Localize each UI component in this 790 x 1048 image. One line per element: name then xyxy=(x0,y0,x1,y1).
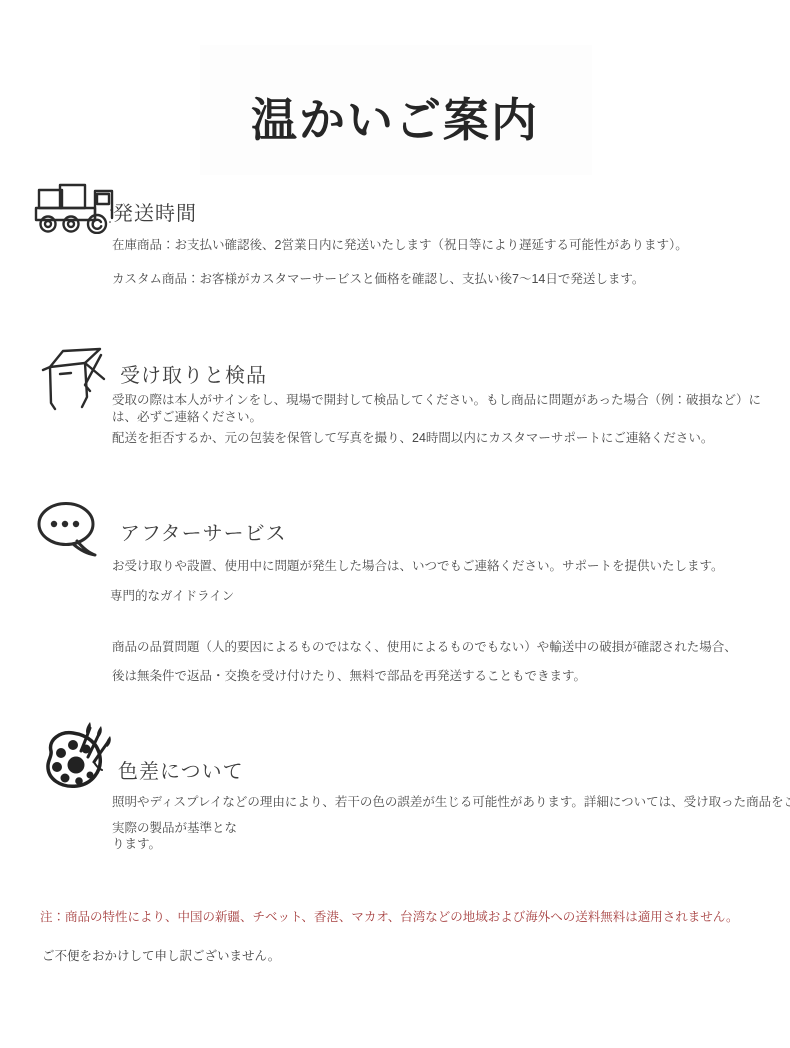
chat-bubble-icon xyxy=(36,499,102,562)
truck-icon xyxy=(33,182,115,239)
page-title: 温かいご案内 xyxy=(0,84,790,150)
paragraph-support: お受け取りや設置、使用中に問題が発生した場合は、いつでもご連絡ください。サポート… xyxy=(112,558,772,575)
paragraph-refuse-delivery: 配送を拒否するか、元の包装を保管して写真を撮り、24時間以内にカスタマーサポート… xyxy=(112,430,778,447)
palette-icon xyxy=(36,718,114,803)
paragraph-actual-product: 実際の製品が基準となります。 xyxy=(112,820,246,852)
section-heading-receipt: 受け取りと検品 xyxy=(120,359,267,388)
paragraph-quality-issue: 商品の品質問題（人的要因によるものではなく、使用によるものでもない）や輸送中の破… xyxy=(112,639,782,656)
section-heading-color: 色差について xyxy=(118,755,244,784)
paragraph-guideline: 専門的なガイドライン xyxy=(110,588,770,605)
section-heading-aftersales: アフターサービス xyxy=(120,517,287,546)
paragraph-return-exchange: 後は無条件で返品・交換を受け付けたり、無料で部品を再発送することもできます。 xyxy=(112,668,782,685)
paragraph-color-difference: 照明やディスプレイなどの理由により、若干の色の誤差が生じる可能性があります。詳細… xyxy=(112,794,790,811)
paragraph-custom-items: カスタム商品：お客様がカスタマーサービスと価格を確認し、支払い後7〜14日で発送… xyxy=(112,271,762,288)
paragraph-stock-items: 在庫商品：お支払い確認後、2営業日内に発送いたします（祝日等により遅延する可能性… xyxy=(112,237,762,254)
footer-apology: ご不便をおかけして申し訳ございません。 xyxy=(42,946,742,964)
section-heading-shipping: 発送時間 xyxy=(113,197,197,226)
footer-shipping-restriction-note: 注：商品の特性により、中国の新疆、チベット、香港、マカオ、台湾などの地域および海… xyxy=(40,909,780,926)
paragraph-inspection: 受取の際は本人がサインをし、現場で開封して検品してください。もし商品に問題があっ… xyxy=(112,392,778,426)
warm-guide-page: 温かいご案内 発送時間 在庫商品：お支払い確認後、2営業日内に発送いたします（祝… xyxy=(0,0,790,1048)
box-icon xyxy=(38,341,108,418)
